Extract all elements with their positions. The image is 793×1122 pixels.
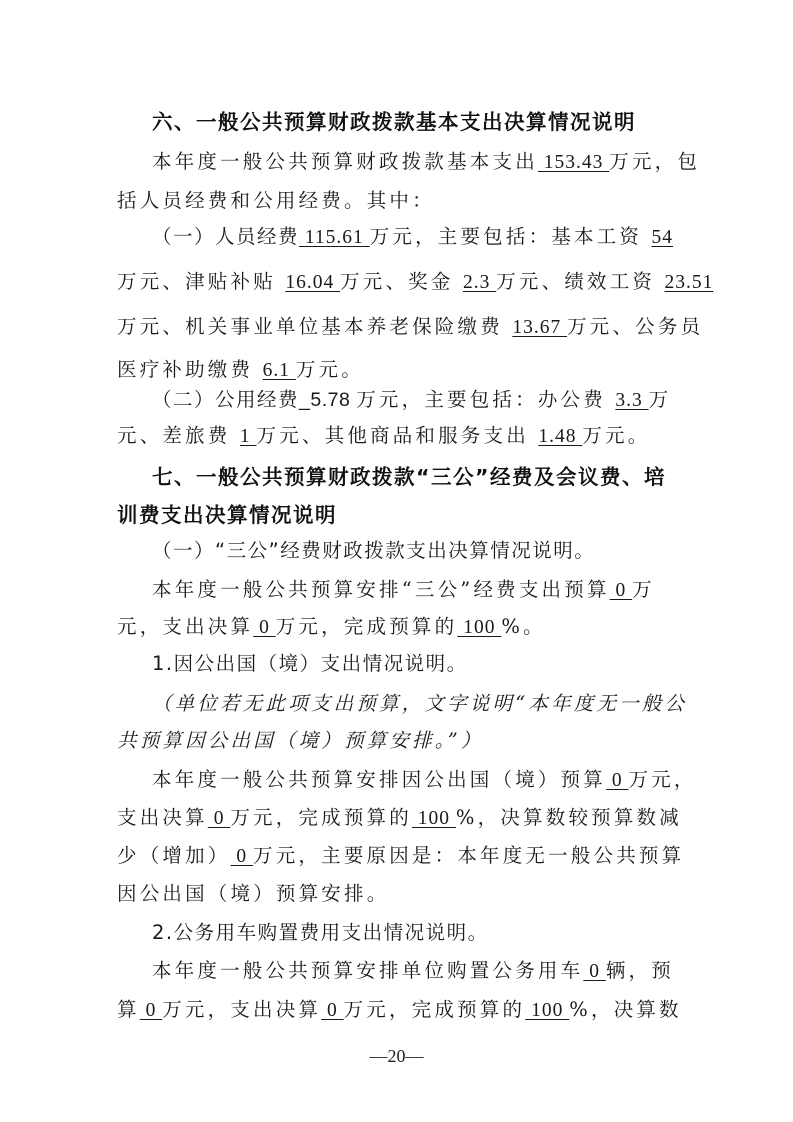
paragraph-line: 本年度一般公共预算安排“三公”经费支出预算 0 万	[0, 572, 793, 608]
item2-title: 2.公务用车购置费用支出情况说明。	[0, 915, 793, 951]
personnel-line-1: （一）人员经费 115.61 万元，主要包括：基本工资 54	[0, 219, 793, 255]
item1-note-line-1: （单位若无此项支出预算，文字说明“本年度无一般公	[0, 686, 793, 722]
paragraph-line: 本年度一般公共预算安排单位购置公务用车 0 辆，预	[0, 953, 793, 989]
page-number: —20—	[0, 1046, 793, 1067]
section-seven-heading-1: 七、一般公共预算财政拨款“三公”经费及会议费、培	[0, 459, 793, 495]
paragraph-line: 本年度一般公共预算安排因公出国（境）预算 0 万元，	[0, 762, 793, 798]
item1-title: 1.因公出国（境）支出情况说明。	[0, 646, 793, 682]
three-public-subheading: （一）“三公”经费财政拨款支出决算情况说明。	[0, 533, 793, 569]
paragraph-line: 算 0 万元，支出决算 0 万元，完成预算的 100 %，决算数	[0, 992, 793, 1028]
allowance: 16.04	[285, 272, 340, 293]
public-line-1: （二）公用经费_5.78 万元，主要包括：办公费 3.3 万	[0, 382, 793, 418]
personnel-total: 115.61	[299, 227, 370, 248]
personnel-line-3: 万元、机关事业单位基本养老保险缴费 13.67 万元、公务员	[0, 309, 793, 345]
pension: 13.67	[512, 317, 567, 338]
paragraph-line: 支出决算 0 万元，完成预算的 100 %，决算数较预算数减	[0, 800, 793, 836]
public-line-2: 元、差旅费 1 万元、其他商品和服务支出 1.48 万元。	[0, 418, 793, 454]
paragraph-line: 少（增加） 0 万元，主要原因是：本年度无一般公共预算	[0, 838, 793, 874]
basic-salary: 54	[651, 227, 673, 248]
basic-expenditure-total: 153.43	[538, 152, 609, 173]
item1-note-line-2: 共预算因公出国（境）预算安排。”）	[0, 723, 793, 759]
other-fee: 1.48	[538, 426, 582, 447]
bonus: 2.3	[463, 272, 496, 293]
paragraph-line: 因公出国（境）预算安排。	[0, 876, 793, 912]
travel-fee: 1	[240, 426, 257, 447]
office-fee: 3.3	[615, 390, 648, 411]
public-total: _5.78	[299, 389, 356, 411]
paragraph-line: 元，支出决算 0 万元，完成预算的 100 %。	[0, 609, 793, 645]
personnel-line-2: 万元、津贴补贴 16.04 万元、奖金 2.3 万元、绩效工资 23.51	[0, 264, 793, 300]
section-seven-heading-2: 训费支出决算情况说明	[0, 497, 793, 533]
performance-pay: 23.51	[665, 272, 714, 293]
section-six-heading: 六、一般公共预算财政拨款基本支出决算情况说明	[0, 104, 793, 140]
paragraph-line: 本年度一般公共预算财政拨款基本支出 153.43 万元，包	[0, 144, 793, 180]
paragraph-line: 括人员经费和公用经费。其中：	[0, 183, 793, 219]
medical: 6.1	[263, 360, 296, 381]
